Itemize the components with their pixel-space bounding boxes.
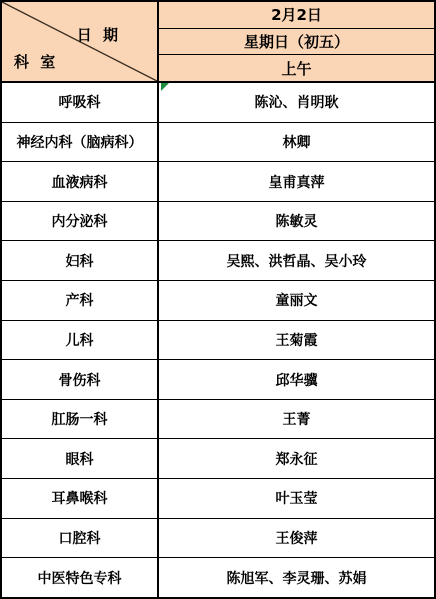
- table-row: 产科 童丽文: [2, 280, 434, 320]
- department-cell: 口腔科: [2, 519, 159, 558]
- doctors-cell: 邱华骥: [159, 360, 434, 399]
- table-row: 血液病科 皇甫真萍: [2, 161, 434, 201]
- department-cell: 骨伤科: [2, 360, 159, 399]
- table-row: 内分泌科 陈敏灵: [2, 201, 434, 241]
- table-row: 妇科 吴熙、洪哲晶、吴小玲: [2, 240, 434, 280]
- department-cell: 肛肠一科: [2, 400, 159, 439]
- doctors-cell: 王俊萍: [159, 519, 434, 558]
- department-cell: 儿科: [2, 321, 159, 360]
- department-cell: 产科: [2, 281, 159, 320]
- table-row: 儿科 王菊霞: [2, 320, 434, 360]
- cell-error-indicator-icon: [161, 83, 169, 91]
- doctors-cell: 王菊霞: [159, 321, 434, 360]
- table-row: 中医特色专科 陈旭军、李灵珊、苏娟: [2, 557, 434, 597]
- department-cell: 耳鼻喉科: [2, 479, 159, 518]
- table-row: 神经内科（脑病科） 林卿: [2, 122, 434, 162]
- department-cell: 神经内科（脑病科）: [2, 123, 159, 162]
- header-weekday: 星期日（初五）: [159, 28, 434, 55]
- table-row: 眼科 郑永征: [2, 438, 434, 478]
- table-body: 呼吸科 陈沁、肖明耿 神经内科（脑病科） 林卿 血液病科 皇甫真萍 内分泌科 陈…: [2, 83, 434, 597]
- doctors-cell: 郑永征: [159, 439, 434, 478]
- corner-header-cell: 日 期 科 室: [2, 2, 159, 81]
- department-cell: 眼科: [2, 439, 159, 478]
- doctors-cell: 吴熙、洪哲晶、吴小玲: [159, 241, 434, 280]
- table-row: 耳鼻喉科 叶玉莹: [2, 478, 434, 518]
- department-cell: 内分泌科: [2, 202, 159, 241]
- doctors-cell: 陈旭军、李灵珊、苏娟: [159, 558, 434, 597]
- doctors-cell: 童丽文: [159, 281, 434, 320]
- corner-date-label: 日 期: [77, 24, 121, 45]
- department-cell: 血液病科: [2, 162, 159, 201]
- table-header: 日 期 科 室 2月2日 星期日（初五） 上午: [2, 2, 434, 83]
- department-cell: 妇科: [2, 241, 159, 280]
- table-row: 骨伤科 邱华骥: [2, 359, 434, 399]
- doctors-cell: 皇甫真萍: [159, 162, 434, 201]
- doctors-cell: 陈沁、肖明耿: [159, 83, 434, 122]
- corner-department-label: 科 室: [14, 51, 58, 72]
- doctors-cell: 陈敏灵: [159, 202, 434, 241]
- doctors-cell: 林卿: [159, 123, 434, 162]
- doctors-cell: 叶玉莹: [159, 479, 434, 518]
- department-cell: 中医特色专科: [2, 558, 159, 597]
- header-session: 上午: [159, 54, 434, 81]
- table-row: 口腔科 王俊萍: [2, 518, 434, 558]
- schedule-table: 日 期 科 室 2月2日 星期日（初五） 上午 呼吸科 陈沁、肖明耿 神经内科（…: [0, 0, 436, 599]
- header-date: 2月2日: [159, 2, 434, 28]
- table-row: 呼吸科 陈沁、肖明耿: [2, 83, 434, 122]
- date-header-column: 2月2日 星期日（初五） 上午: [159, 2, 434, 81]
- department-cell: 呼吸科: [2, 83, 159, 122]
- table-row: 肛肠一科 王菁: [2, 399, 434, 439]
- doctors-cell: 王菁: [159, 400, 434, 439]
